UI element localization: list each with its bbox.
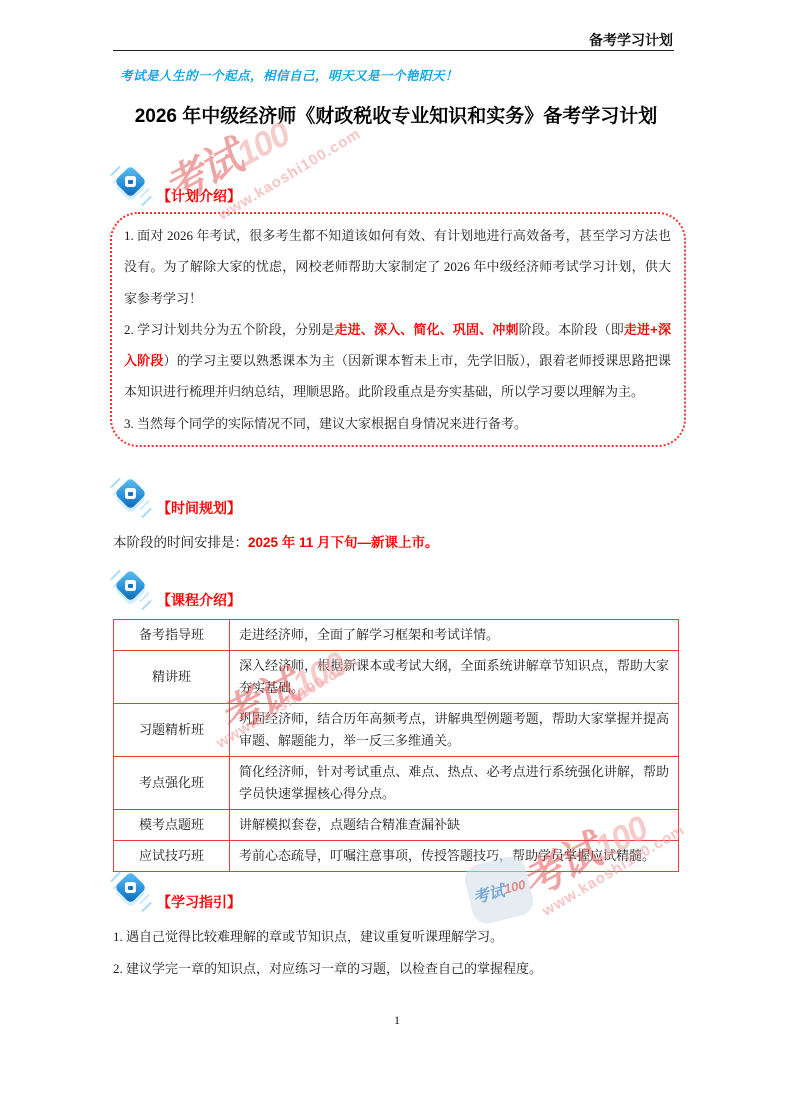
course-desc-cell: 简化经济师，针对考试重点、难点、热点、必考点进行系统强化讲解，帮助学员快速掌握核… [230, 757, 679, 810]
plan-intro-paragraph-3: 3. 当然每个同学的实际情况不同，建议大家根据自身情况来进行备考。 [124, 408, 671, 439]
section-title: 【课程介绍】 [157, 591, 241, 610]
plan-intro-paragraph-2: 2. 学习计划共分为五个阶段，分别是走进、深入、简化、巩固、冲刺阶段。本阶段（即… [124, 314, 671, 408]
diamond-icon [110, 162, 152, 206]
section-head-plan-intro: 【计划介绍】 [110, 162, 241, 206]
course-desc-cell: 走进经济师，全面了解学习框架和考试详情。 [230, 620, 679, 651]
diamond-icon [110, 868, 152, 912]
table-row: 考点强化班 简化经济师，针对考试重点、难点、热点、必考点进行系统强化讲解，帮助学… [114, 757, 679, 810]
page-header-title: 备考学习计划 [113, 30, 673, 50]
table-row: 习题精析班 巩固经济师，结合历年高频考点，讲解典型例题考题，帮助大家掌握并提高审… [114, 704, 679, 757]
diamond-icon [110, 566, 152, 610]
course-name-cell: 备考指导班 [114, 620, 230, 651]
study-guide-item: 2. 建议学完一章的知识点，对应练习一章的习题，以检查自己的掌握程度。 [113, 958, 679, 977]
section-head-time-plan: 【时间规划】 [110, 474, 241, 518]
page-number: 1 [0, 1013, 794, 1028]
course-desc-cell: 深入经济师，根据新课本或考试大纲，全面系统讲解章节知识点，帮助大家夯实基础。 [230, 651, 679, 704]
course-name-cell: 精讲班 [114, 651, 230, 704]
table-row: 应试技巧班 考前心态疏导，叮嘱注意事项，传授答题技巧，帮助学员掌握应试精髓。 [114, 841, 679, 872]
course-name-cell: 应试技巧班 [114, 841, 230, 872]
course-name-cell: 考点强化班 [114, 757, 230, 810]
table-row: 模考点题班 讲解模拟套卷，点题结合精准查漏补缺 [114, 810, 679, 841]
course-name-cell: 习题精析班 [114, 704, 230, 757]
page-title: 2026 年中级经济师《财政税收专业知识和实务》备考学习计划 [113, 101, 679, 128]
plan-intro-paragraph-1: 1. 面对 2026 年考试，很多考生都不知道该如何有效、有计划地进行高效备考，… [124, 220, 671, 314]
plan-intro-box: 1. 面对 2026 年考试，很多考生都不知道该如何有效、有计划地进行高效备考，… [110, 212, 686, 447]
section-head-course-intro: 【课程介绍】 [110, 566, 241, 610]
course-desc-cell: 巩固经济师，结合历年高频考点，讲解典型例题考题，帮助大家掌握并提高审题、解题能力… [230, 704, 679, 757]
study-guide-item: 1. 遇自己觉得比较难理解的章或节知识点，建议重复听课理解学习。 [113, 926, 679, 945]
section-head-study-guide: 【学习指引】 [110, 868, 241, 912]
course-name-cell: 模考点题班 [114, 810, 230, 841]
motto-line: 考试是人生的一个起点，相信自己，明天又是一个艳阳天！ [120, 66, 680, 84]
document-page: 考试100 www.kaoshi100.com 考试100 www.kaoshi… [0, 0, 794, 1098]
course-table: 备考指导班 走进经济师，全面了解学习框架和考试详情。 精讲班 深入经济师，根据新… [113, 619, 679, 872]
highlight-stages: 走进、深入、简化、巩固、冲刺 [334, 322, 518, 337]
table-row: 备考指导班 走进经济师，全面了解学习框架和考试详情。 [114, 620, 679, 651]
time-plan-highlight: 2025 年 11 月下旬—新课上市。 [248, 535, 439, 550]
section-title: 【计划介绍】 [157, 187, 241, 206]
time-plan-label: 本阶段的时间安排是： [113, 535, 248, 550]
course-desc-cell: 讲解模拟套卷，点题结合精准查漏补缺 [230, 810, 679, 841]
table-row: 精讲班 深入经济师，根据新课本或考试大纲，全面系统讲解章节知识点，帮助大家夯实基… [114, 651, 679, 704]
diamond-icon [110, 474, 152, 518]
section-title: 【时间规划】 [157, 499, 241, 518]
course-desc-cell: 考前心态疏导，叮嘱注意事项，传授答题技巧，帮助学员掌握应试精髓。 [230, 841, 679, 872]
section-title: 【学习指引】 [157, 893, 241, 912]
header-rule [113, 50, 674, 51]
time-plan-line: 本阶段的时间安排是：2025 年 11 月下旬—新课上市。 [113, 531, 679, 551]
